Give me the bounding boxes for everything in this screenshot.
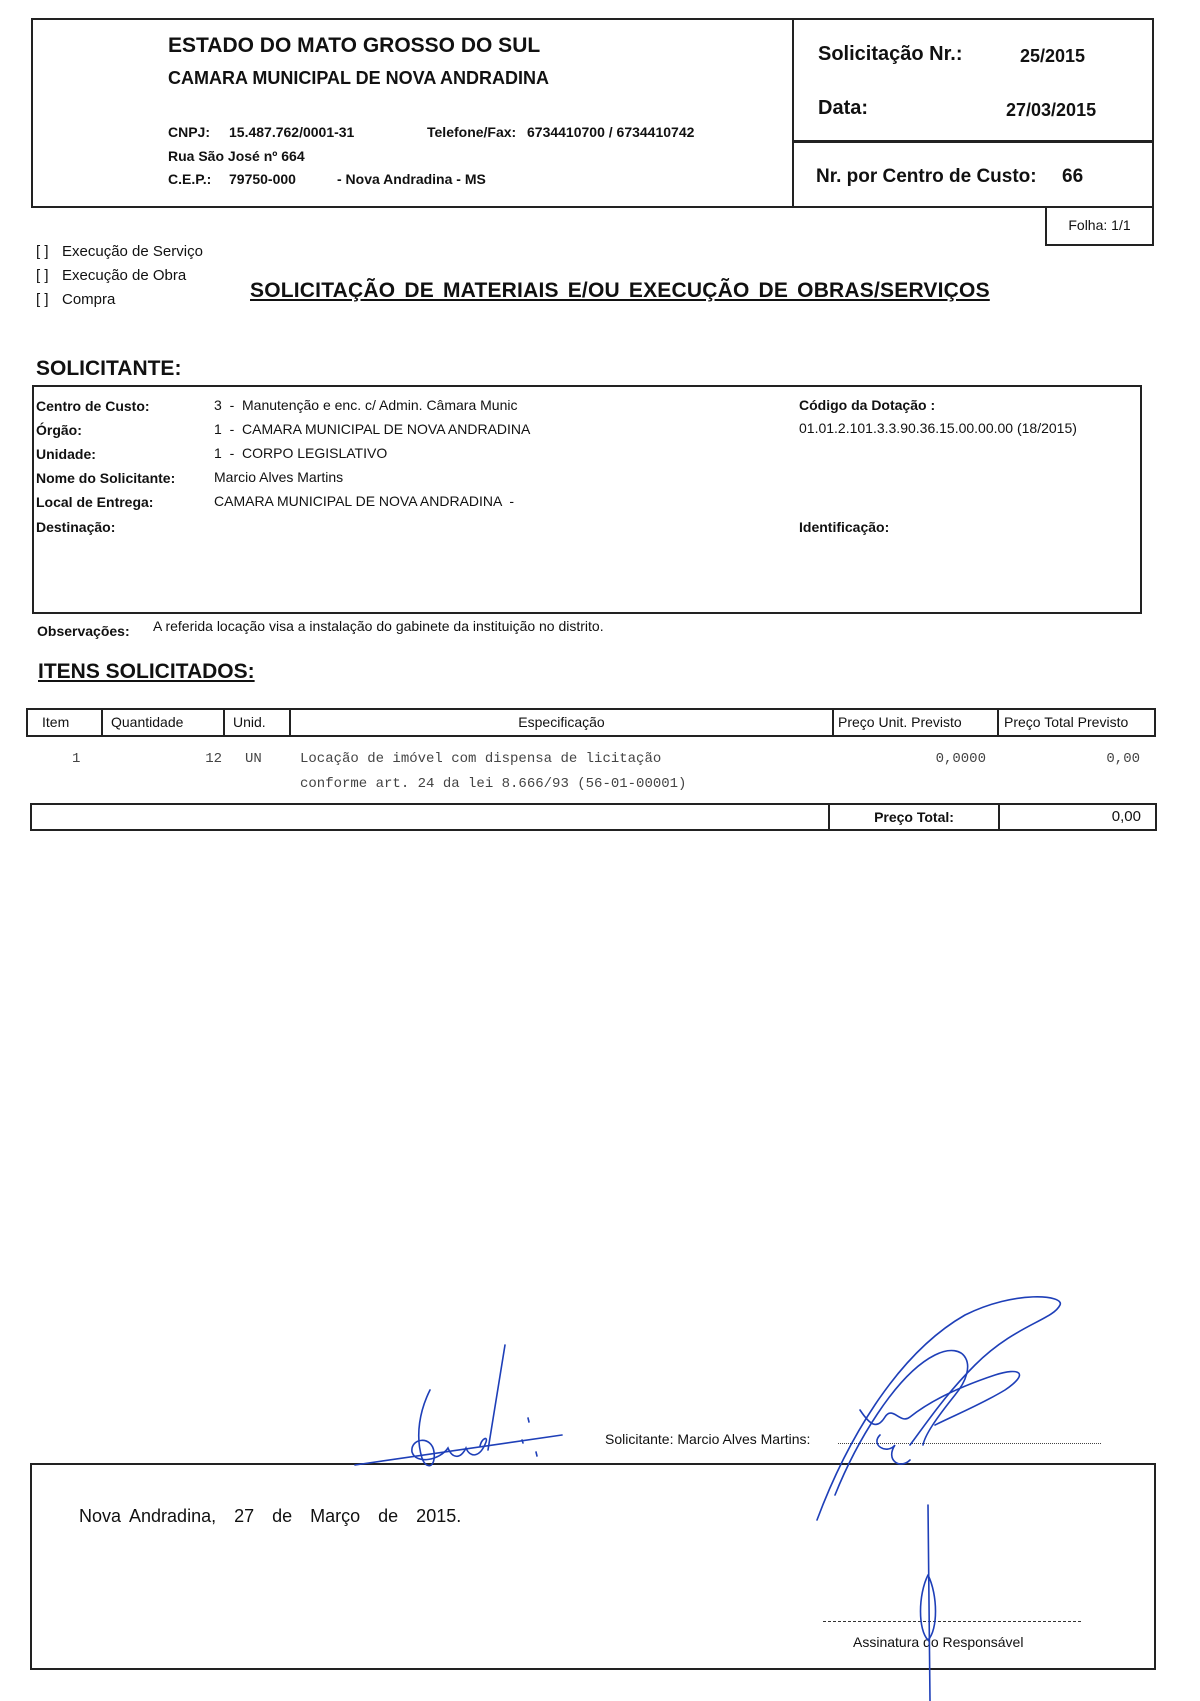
field-value-cost-center: 3 - Manutenção e enc. c/ Admin. Câmara M… [214, 397, 517, 413]
cell-specification-line2: conforme art. 24 da lei 8.666/93 (56-01-… [300, 776, 686, 792]
request-number-value: 25/2015 [1020, 46, 1085, 67]
field-value-delivery-location: CAMARA MUNICIPAL DE NOVA ANDRADINA - [214, 493, 514, 509]
total-bar: Preço Total: 0,00 [30, 803, 1157, 831]
total-label: Preço Total: [830, 805, 1000, 829]
checkbox-purchase[interactable]: [ ]Compra [36, 291, 115, 308]
field-value-requester-name: Marcio Alves Martins [214, 469, 343, 485]
header-right-divider [792, 140, 1154, 143]
handwritten-signature-icon [340, 1340, 560, 1480]
request-number-label: Solicitação Nr.: [818, 43, 963, 66]
cost-center-number-label: Nr. por Centro de Custo: [816, 166, 1037, 188]
identification-label: Identificação: [799, 519, 889, 535]
requester-heading: SOLICITANTE: [36, 357, 181, 381]
document-title: SOLICITAÇÃO DE MATERIAIS E/OU EXECUÇÃO D… [250, 279, 990, 303]
checkbox-label: Execução de Obra [62, 267, 186, 284]
date-value: 27/03/2015 [1006, 100, 1096, 121]
organization-name: CAMARA MUNICIPAL DE NOVA ANDRADINA [168, 68, 549, 89]
field-label-requester-name: Nome do Solicitante: [36, 470, 175, 486]
checkbox-label: Execução de Serviço [62, 243, 203, 260]
sheet-label: Folha: [1068, 217, 1107, 233]
handwritten-signature-icon [910, 1505, 950, 1701]
cell-unit-price: 0,0000 [880, 751, 986, 767]
cell-specification-line1: Locação de imóvel com dispensa de licita… [300, 751, 661, 767]
cnpj-value: 15.487.762/0001-31 [229, 124, 354, 140]
checkbox-service-execution[interactable]: [ ]Execução de Serviço [36, 243, 203, 260]
requester-signature-label: Solicitante: Marcio Alves Martins: [605, 1431, 810, 1447]
sheet-value: 1/1 [1111, 217, 1130, 233]
checkbox-bracket[interactable]: [ ] [36, 267, 62, 284]
field-label-agency: Órgão: [36, 422, 82, 438]
column-header-specification: Especificação [291, 710, 834, 735]
phone-label: Telefone/Fax: [427, 124, 516, 140]
field-label-delivery-location: Local de Entrega: [36, 494, 153, 510]
place-and-date: Nova Andradina, 27 de Março de 2015. [79, 1506, 461, 1527]
cell-quantity: 12 [190, 751, 222, 767]
city: - Nova Andradina - MS [337, 171, 486, 187]
column-header-total-price: Preço Total Previsto [999, 710, 1154, 735]
phone-value: 6734410700 / 6734410742 [527, 124, 694, 140]
column-header-unit: Unid. [225, 710, 291, 735]
cep-label: C.E.P.: [168, 171, 211, 187]
budget-code-label: Código da Dotação : [799, 397, 935, 413]
sheet-indicator: Folha: 1/1 [1047, 217, 1152, 233]
header-divider [792, 18, 794, 208]
cell-unit: UN [245, 751, 262, 767]
cost-center-number-value: 66 [1062, 166, 1083, 188]
field-value-unit: 1 - CORPO LEGISLATIVO [214, 445, 387, 461]
address: Rua São José nº 664 [168, 148, 305, 164]
cell-item: 1 [72, 751, 80, 767]
checkbox-works-execution[interactable]: [ ]Execução de Obra [36, 267, 186, 284]
field-label-cost-center: Centro de Custo: [36, 398, 150, 414]
cell-total-price: 0,00 [1040, 751, 1140, 767]
date-label: Data: [818, 97, 868, 120]
responsible-signature-line[interactable] [823, 1621, 1081, 1622]
items-table-header: Item Quantidade Unid. Especificação Preç… [26, 708, 1156, 737]
cnpj-label: CNPJ: [168, 124, 210, 140]
field-label-unit: Unidade: [36, 446, 96, 462]
field-label-destination: Destinação: [36, 519, 115, 535]
total-bar-spacer [32, 805, 830, 829]
budget-code-value: 01.01.2.101.3.3.90.36.15.00.00.00 (18/20… [799, 420, 1077, 436]
checkbox-bracket[interactable]: [ ] [36, 291, 62, 308]
sheet-box: Folha: 1/1 [1045, 206, 1154, 246]
field-value-agency: 1 - CAMARA MUNICIPAL DE NOVA ANDRADINA [214, 421, 530, 437]
handwritten-signature-icon [815, 1295, 1075, 1525]
items-heading: ITENS SOLICITADOS: [38, 660, 255, 684]
observations-value: A referida locação visa a instalação do … [153, 618, 604, 634]
total-value: 0,00 [1000, 805, 1155, 829]
checkbox-label: Compra [62, 291, 115, 308]
column-header-quantity: Quantidade [103, 710, 225, 735]
observations-label: Observações: [37, 623, 130, 639]
column-header-item: Item [28, 710, 103, 735]
cep-value: 79750-000 [229, 171, 296, 187]
column-header-unit-price: Preço Unit. Previsto [834, 710, 999, 735]
checkbox-bracket[interactable]: [ ] [36, 243, 62, 260]
state-name: ESTADO DO MATO GROSSO DO SUL [168, 34, 540, 58]
